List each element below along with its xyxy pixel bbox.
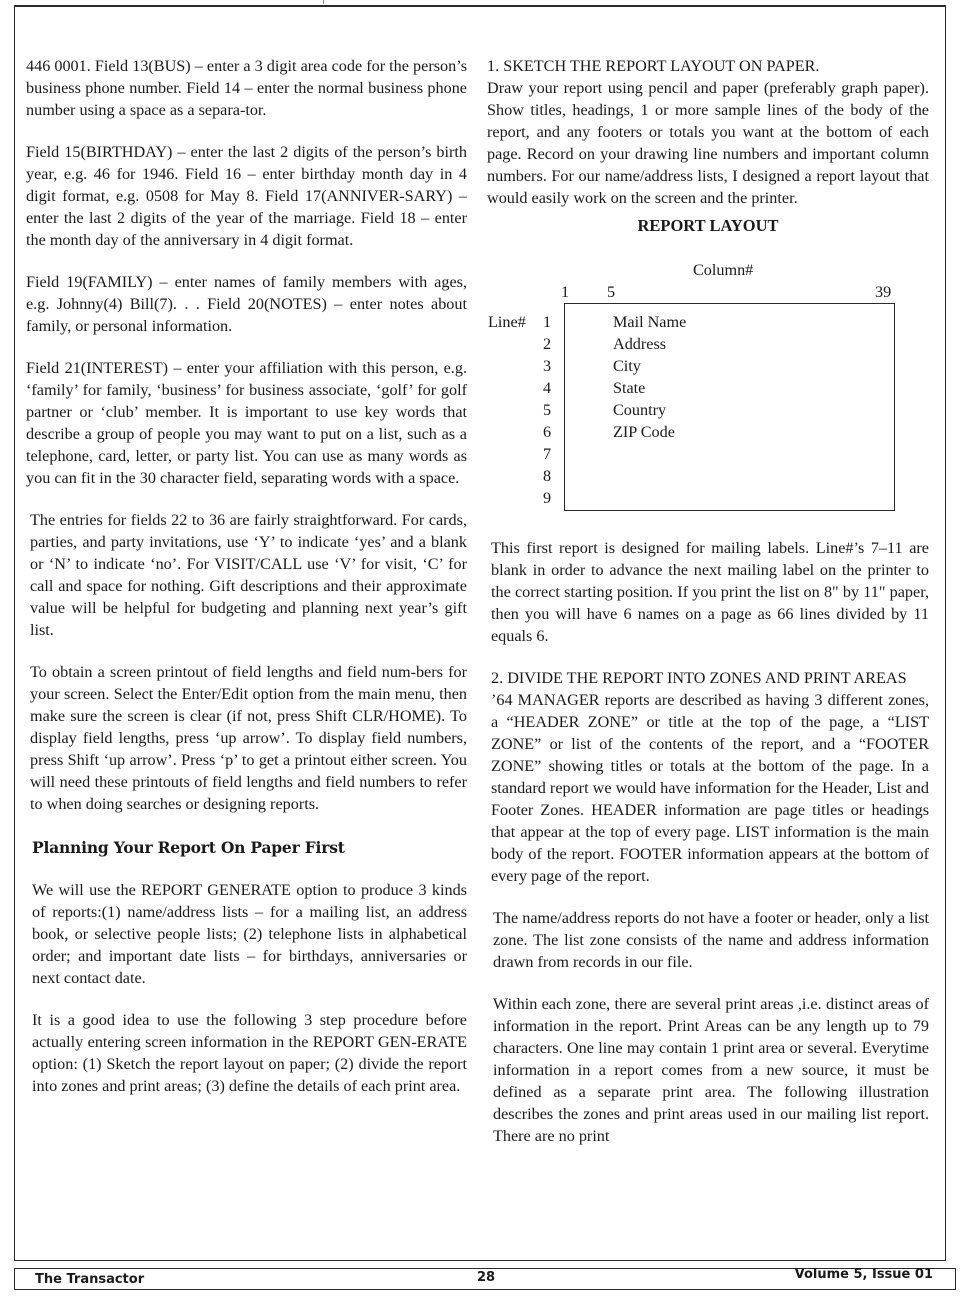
line-number: 1 <box>543 311 555 333</box>
page-number: 28 <box>477 1270 495 1285</box>
left-column: 446 0001. Field 13(BUS) – enter a 3 digi… <box>26 55 467 1097</box>
step1-heading: 1. SKETCH THE REPORT LAYOUT ON PAPER. <box>487 55 929 77</box>
paragraph-field-21: Field 21(INTEREST) – enter your affiliat… <box>26 357 467 489</box>
paragraph-list-zone: The name/address reports do not have a f… <box>487 907 929 973</box>
field-mail-name: Mail Name <box>613 311 686 333</box>
field-zip-code: ZIP Code <box>613 421 675 443</box>
line-number: 2 <box>543 333 555 355</box>
field-country: Country <box>613 399 666 421</box>
paragraph-three-step: It is a good idea to use the following 3… <box>26 1009 467 1097</box>
step2-heading: 2. DIVIDE THE REPORT INTO ZONES AND PRIN… <box>487 667 929 689</box>
paragraph-report-generate: We will use the REPORT GENERATE option t… <box>26 879 467 989</box>
field-city: City <box>613 355 641 377</box>
line-number: 9 <box>543 487 555 509</box>
paragraph-field-15-18: Field 15(BIRTHDAY) – enter the last 2 di… <box>26 141 467 251</box>
paragraph-screen-printout: To obtain a screen printout of field len… <box>26 661 467 815</box>
line-number: 3 <box>543 355 555 377</box>
right-column: 1. SKETCH THE REPORT LAYOUT ON PAPER. Dr… <box>487 55 929 1147</box>
line-number: 8 <box>543 465 555 487</box>
scan-mark <box>323 0 324 4</box>
page-footer: The Transactor 28 Volume 5, Issue 01 <box>14 1268 956 1290</box>
paragraph-fields-22-36: The entries for fields 22 to 36 are fair… <box>26 509 467 641</box>
paragraph-mailing-labels: This first report is designed for mailin… <box>487 537 929 647</box>
step2-body: ’64 MANAGER reports are described as hav… <box>487 689 929 887</box>
field-state: State <box>613 377 645 399</box>
report-layout-diagram: REPORT LAYOUT Column# 1 5 39 Line# 1 2 3… <box>487 213 929 473</box>
line-number: 4 <box>543 377 555 399</box>
line-number: 6 <box>543 421 555 443</box>
line-number: 5 <box>543 399 555 421</box>
line-number: 7 <box>543 443 555 465</box>
step1-body: Draw your report using pencil and paper … <box>487 77 929 209</box>
line-label: Line# <box>488 311 526 333</box>
field-address: Address <box>613 333 666 355</box>
section-subheading: Planning Your Report On Paper First <box>26 837 467 859</box>
paragraph-print-areas: Within each zone, there are several prin… <box>487 993 929 1147</box>
column-label: Column# <box>693 259 753 281</box>
column-number-1: 1 <box>561 281 569 303</box>
issue-label: Volume 5, Issue 01 <box>795 1267 933 1282</box>
paragraph-field-13-14: 446 0001. Field 13(BUS) – enter a 3 digi… <box>26 55 467 121</box>
diagram-title: REPORT LAYOUT <box>487 215 929 237</box>
column-number-39: 39 <box>875 281 891 303</box>
column-number-5: 5 <box>607 281 615 303</box>
paragraph-field-19-20: Field 19(FAMILY) – enter names of family… <box>26 271 467 337</box>
publication-name: The Transactor <box>35 1272 144 1287</box>
